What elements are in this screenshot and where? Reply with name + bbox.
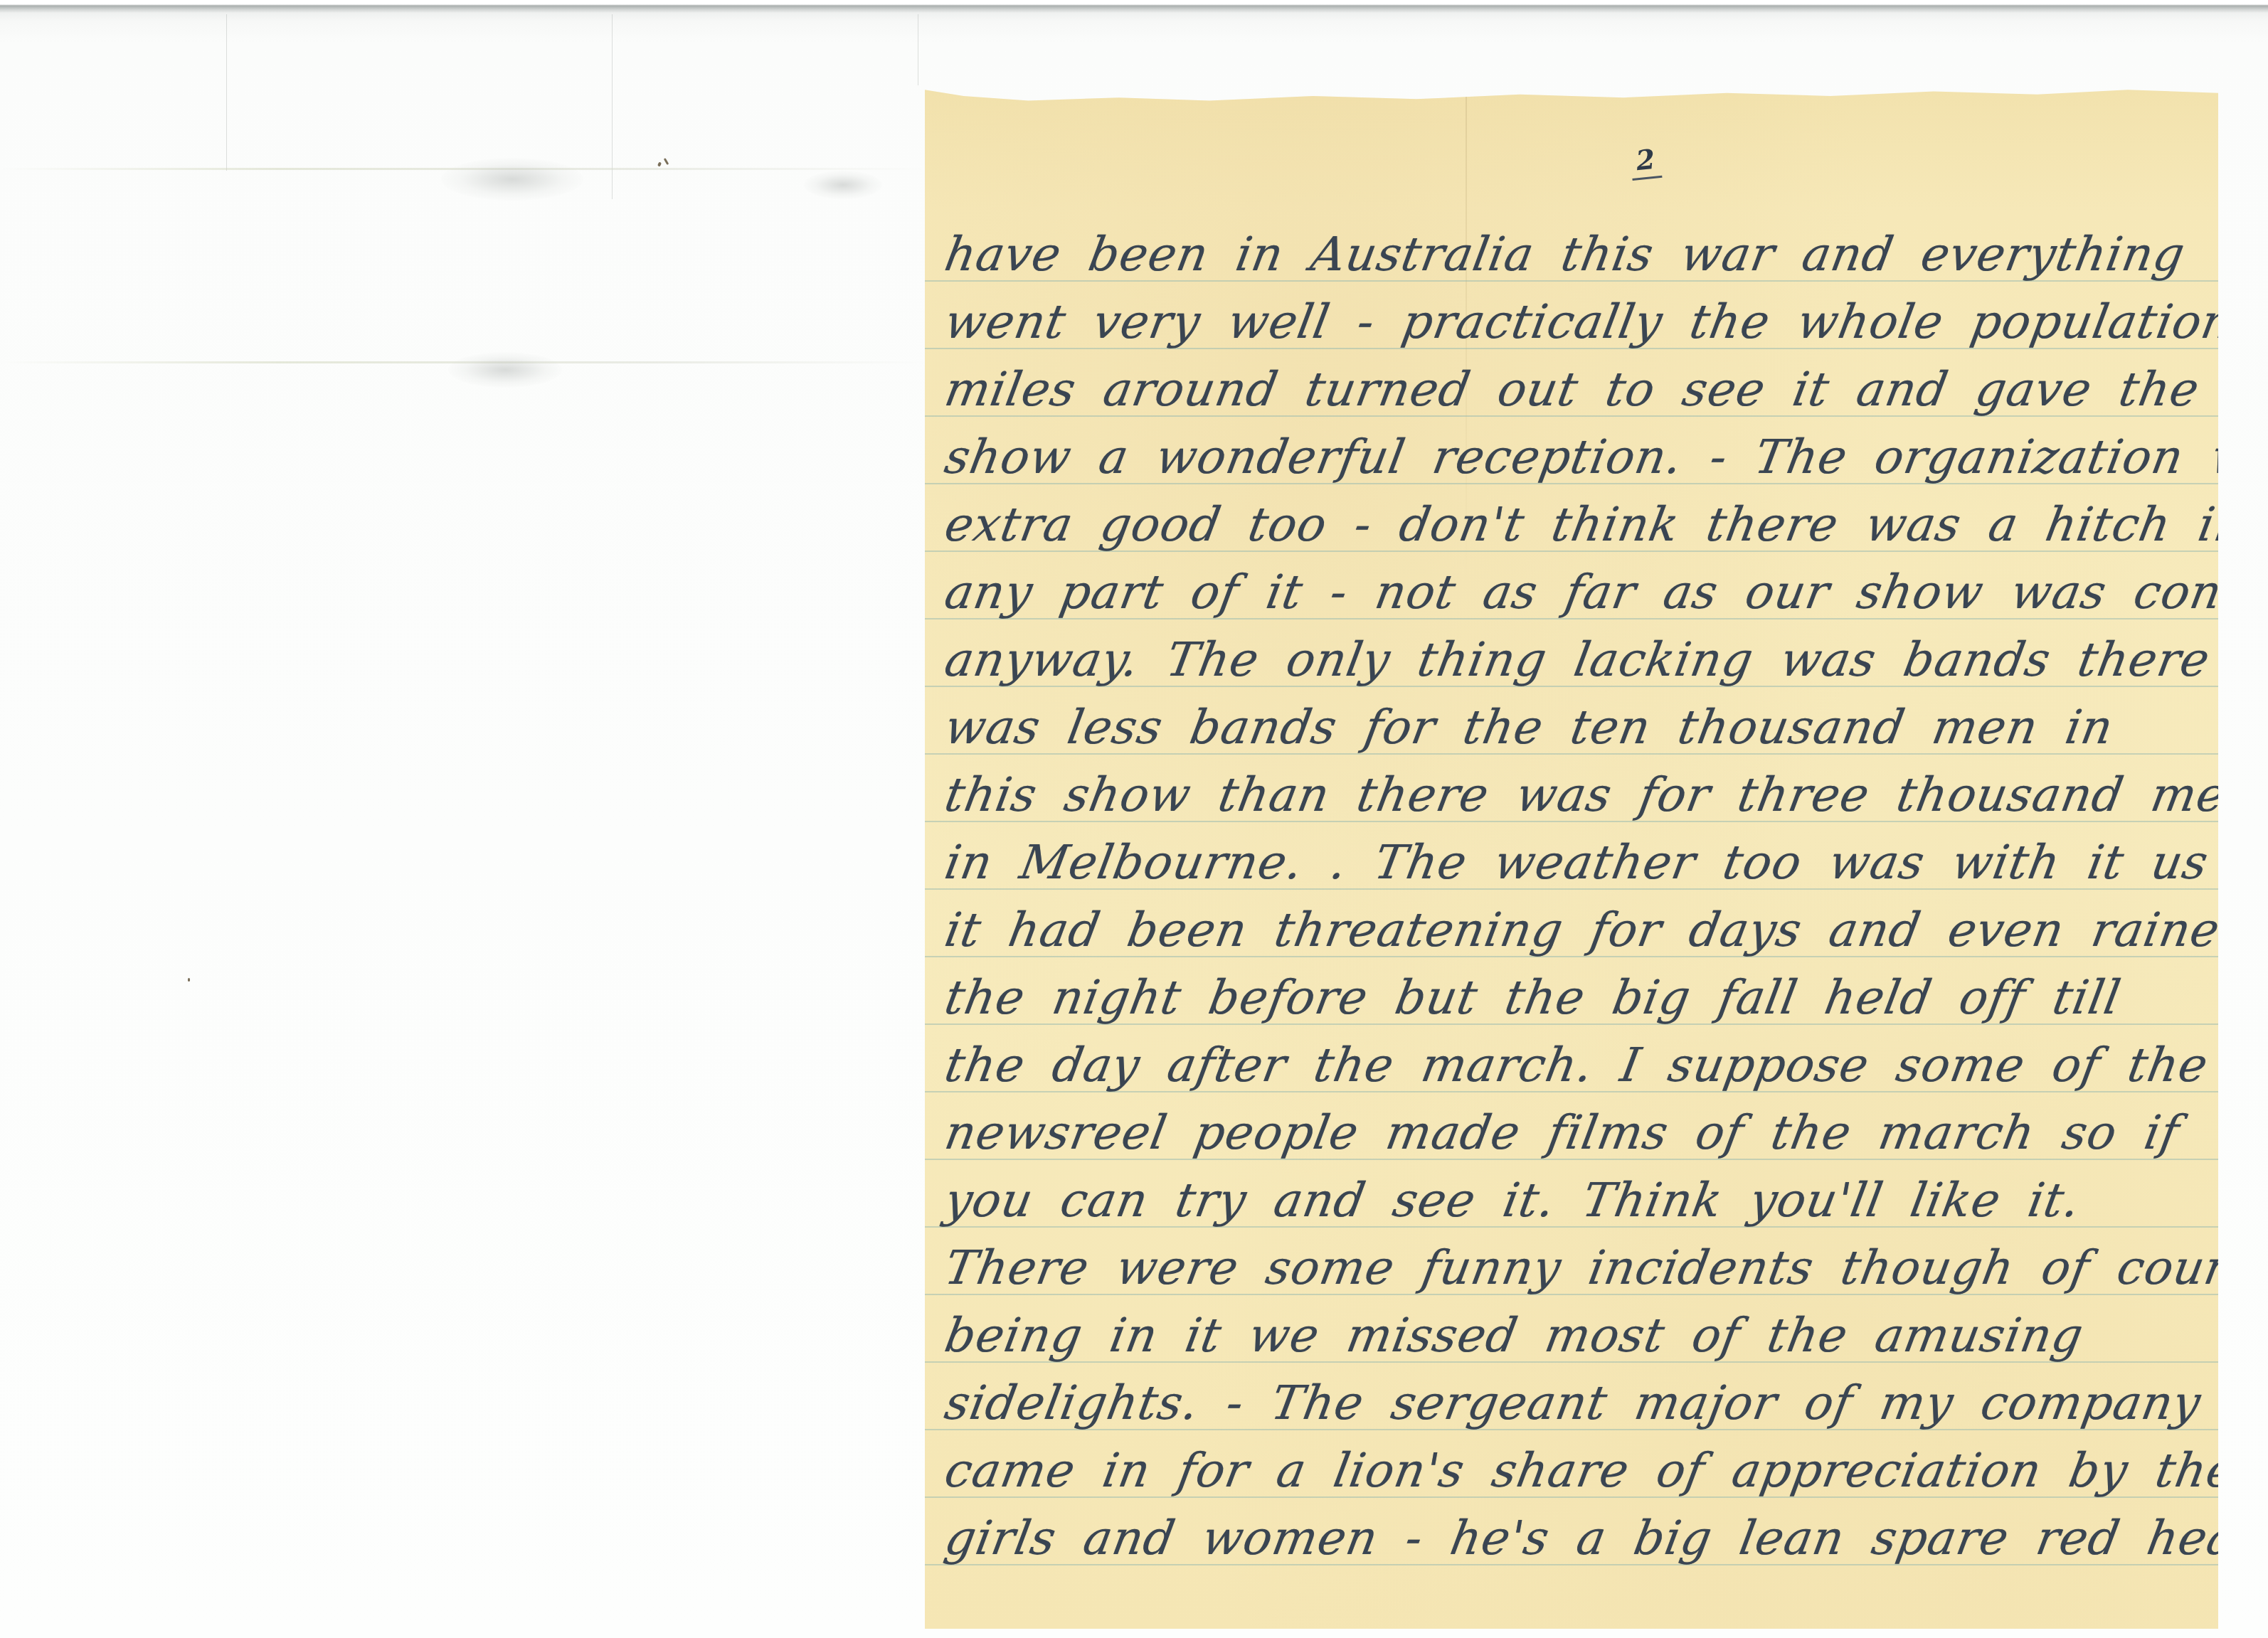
handwritten-line: extra good too - don't think there was a…: [940, 496, 2217, 553]
handwritten-line: girls and women - he's a big lean spare …: [940, 1510, 2217, 1567]
background-crease: [612, 14, 613, 199]
handwritten-line: show a wonderful reception. - The organi…: [940, 429, 2217, 486]
handwritten-line: in Melbourne. . The weather too was with…: [940, 834, 2217, 891]
handwritten-line: newsreel people made films of the march …: [940, 1105, 2217, 1161]
handwritten-line: it had been threatening for days and eve…: [940, 902, 2217, 959]
handwritten-line: this show than there was for three thous…: [940, 767, 2217, 824]
handwritten-line: went very well - practically the whole p…: [940, 294, 2217, 351]
handwritten-line: you can try and see it. Think you'll lik…: [940, 1172, 2217, 1229]
scanner-lid-shadow: [0, 0, 2268, 13]
handwritten-line: the day after the march. I suppose some …: [940, 1037, 2217, 1094]
page-number: 2: [1629, 142, 1663, 181]
handwritten-line: any part of it - not as far as our show …: [940, 564, 2217, 621]
handwritten-line: There were some funny incidents though o…: [940, 1240, 2217, 1297]
background-crease: [226, 14, 227, 171]
handwritten-line: anyway. The only thing lacking was bands…: [940, 632, 2217, 688]
handwritten-line: came in for a lion's share of appreciati…: [940, 1442, 2217, 1499]
letter-page: 2 have been in Australia this war and ev…: [925, 87, 2218, 1629]
handwritten-line: was less bands for the ten thousand men …: [940, 699, 2217, 756]
background-smudge: [441, 158, 583, 201]
handwritten-line: being in it we missed most of the amusin…: [940, 1307, 2217, 1364]
ink-speck: [188, 978, 190, 982]
background-smudge: [804, 171, 882, 199]
background-crease: [918, 14, 918, 85]
handwritten-line: sidelights. - The sergeant major of my c…: [940, 1375, 2217, 1432]
handwritten-line: have been in Australia this war and ever…: [940, 226, 2217, 283]
handwritten-line: the night before but the big fall held o…: [940, 969, 2217, 1026]
handwritten-line: miles around turned out to see it and ga…: [940, 361, 2217, 418]
background-smudge: [448, 352, 562, 388]
